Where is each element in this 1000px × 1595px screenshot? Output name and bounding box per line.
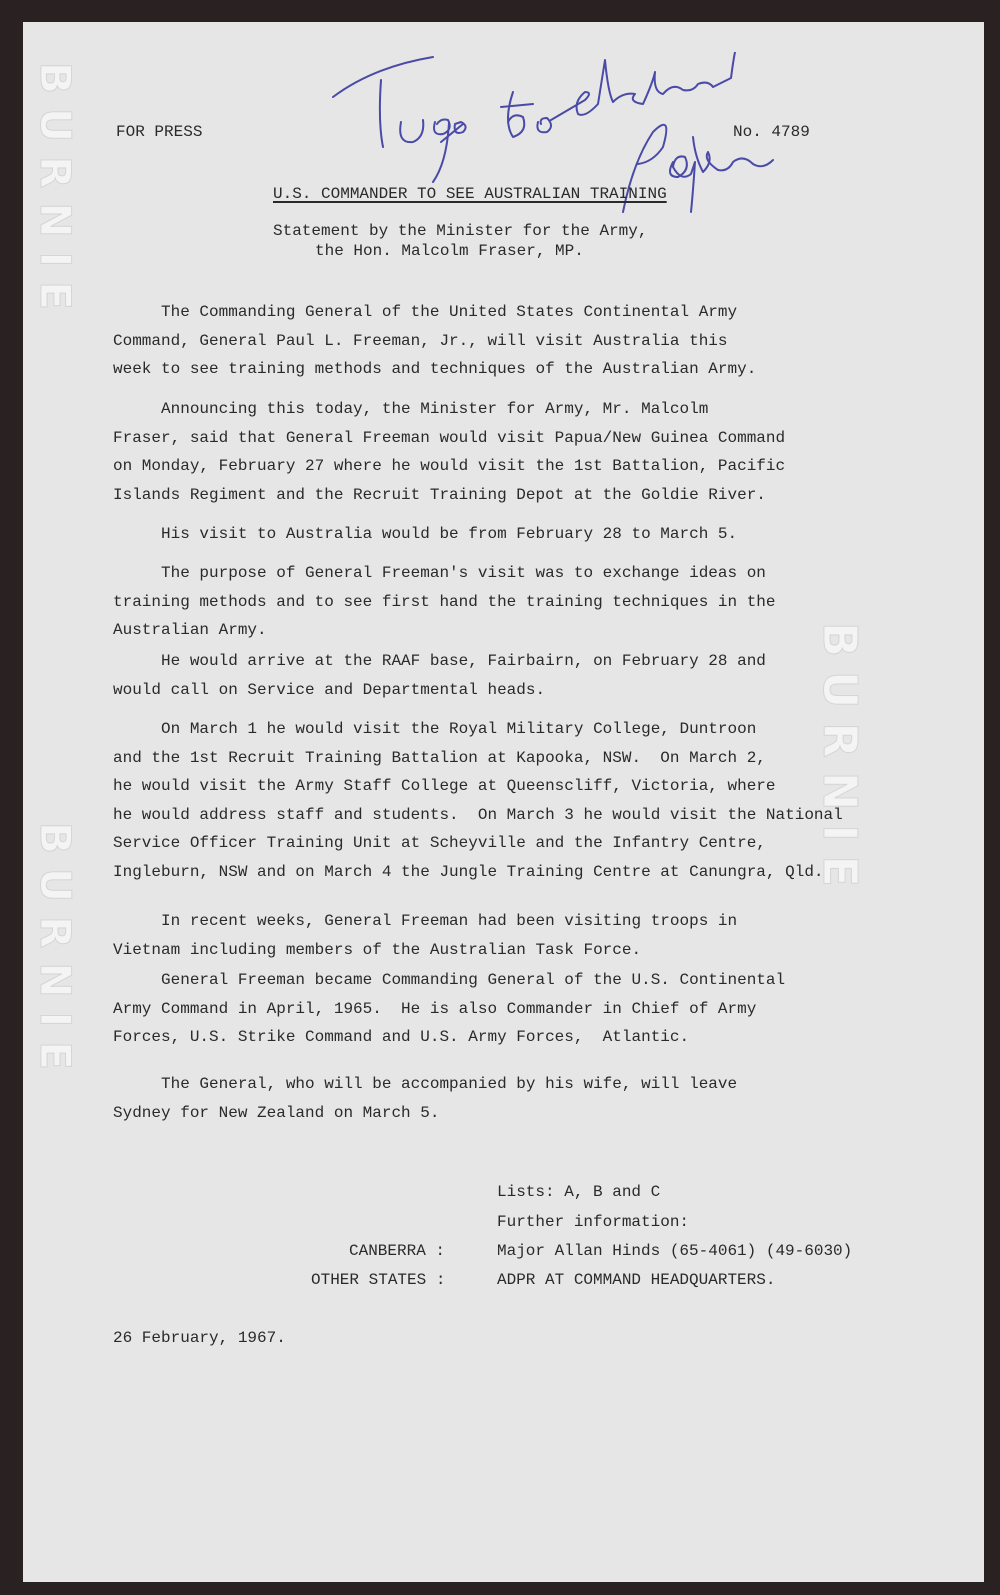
subtitle-line-2: the Hon. Malcolm Fraser, MP. xyxy=(315,241,584,261)
subtitle-line-1: Statement by the Minister for the Army, xyxy=(273,221,647,241)
paragraph-line: training methods and to see first hand t… xyxy=(113,588,933,617)
paragraph: On March 1 he would visit the Royal Mili… xyxy=(113,715,933,886)
paragraph: He would arrive at the RAAF base, Fairba… xyxy=(113,647,933,704)
paragraph-line: Army Command in April, 1965. He is also … xyxy=(113,995,933,1024)
paragraph-line: In recent weeks, General Freeman had bee… xyxy=(113,907,933,936)
paragraph-line: Announcing this today, the Minister for … xyxy=(113,395,933,424)
paragraph-line: week to see training methods and techniq… xyxy=(113,355,933,384)
paragraph-line: Forces, U.S. Strike Command and U.S. Arm… xyxy=(113,1023,933,1052)
paragraph-line: Australian Army. xyxy=(113,616,933,645)
paragraph-line: Service Officer Training Unit at Scheyvi… xyxy=(113,829,933,858)
paragraph: General Freeman became Commanding Genera… xyxy=(113,966,933,1052)
paragraph-line: Command, General Paul L. Freeman, Jr., w… xyxy=(113,327,933,356)
paragraph: The purpose of General Freeman's visit w… xyxy=(113,559,933,645)
paragraph-line: The General, who will be accompanied by … xyxy=(113,1070,933,1099)
paragraph-line: The Commanding General of the United Sta… xyxy=(113,298,933,327)
paragraph-line: on Monday, February 27 where he would vi… xyxy=(113,452,933,481)
paragraph: In recent weeks, General Freeman had bee… xyxy=(113,907,933,964)
other-states-contact: ADPR AT COMMAND HEADQUARTERS. xyxy=(497,1270,775,1290)
paragraph-line: he would visit the Army Staff College at… xyxy=(113,772,933,801)
page-title: U.S. COMMANDER TO SEE AUSTRALIAN TRAININ… xyxy=(273,184,667,204)
paragraph-line: General Freeman became Commanding Genera… xyxy=(113,966,933,995)
paragraph: The General, who will be accompanied by … xyxy=(113,1070,933,1127)
further-info-label: Further information: xyxy=(497,1212,689,1232)
paragraph-line: Vietnam including members of the Austral… xyxy=(113,936,933,965)
paragraph-line: Ingleburn, NSW and on March 4 the Jungle… xyxy=(113,858,933,887)
watermark-stamp: BURNIE xyxy=(31,62,80,324)
paragraph-line: The purpose of General Freeman's visit w… xyxy=(113,559,933,588)
paragraph-line: Fraser, said that General Freeman would … xyxy=(113,424,933,453)
paragraph: Announcing this today, the Minister for … xyxy=(113,395,933,509)
paragraph-line: On March 1 he would visit the Royal Mili… xyxy=(113,715,933,744)
paragraph-line: His visit to Australia would be from Feb… xyxy=(113,520,933,549)
other-states-label: OTHER STATES : xyxy=(311,1270,445,1290)
watermark-stamp: BURNIE xyxy=(31,822,80,1084)
distribution-lists: Lists: A, B and C xyxy=(497,1182,660,1202)
for-press-label: FOR PRESS xyxy=(116,122,202,142)
release-date: 26 February, 1967. xyxy=(113,1328,286,1348)
paragraph-line: would call on Service and Departmental h… xyxy=(113,676,933,705)
paragraph-line: he would address staff and students. On … xyxy=(113,801,933,830)
paragraph-line: Sydney for New Zealand on March 5. xyxy=(113,1099,933,1128)
canberra-contact: Major Allan Hinds (65-4061) (49-6030) xyxy=(497,1241,852,1261)
paragraph-line: He would arrive at the RAAF base, Fairba… xyxy=(113,647,933,676)
paragraph-line: Islands Regiment and the Recruit Trainin… xyxy=(113,481,933,510)
paragraph: The Commanding General of the United Sta… xyxy=(113,298,933,384)
paragraph-line: and the 1st Recruit Training Battalion a… xyxy=(113,744,933,773)
document-page: BURNIE BURNIE BURNIE FOR PRESS No. 4789 … xyxy=(23,22,984,1582)
canberra-label: CANBERRA : xyxy=(349,1241,445,1261)
paragraph: His visit to Australia would be from Feb… xyxy=(113,520,933,549)
